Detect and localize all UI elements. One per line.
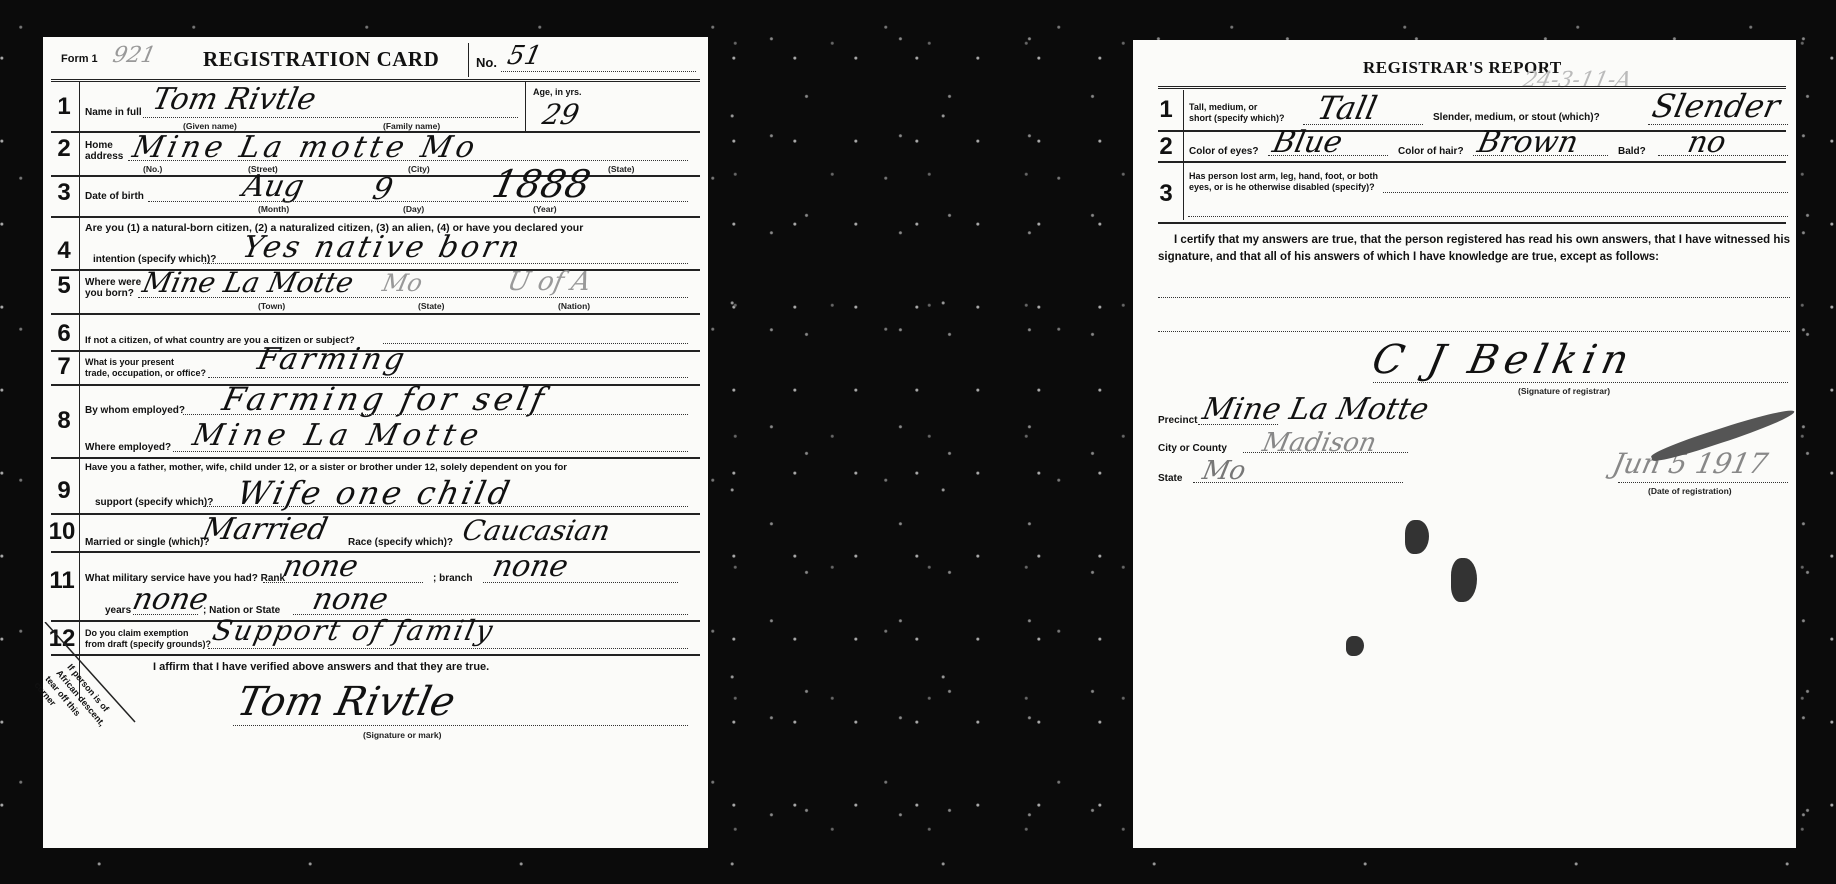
card-title: REGISTRATION CARD: [203, 47, 439, 72]
ink-blot: [1451, 558, 1477, 602]
age-value: 29: [540, 101, 582, 129]
exemption-value: Support of family: [210, 617, 497, 645]
number-divider: [468, 43, 469, 77]
employment-place-value: Mine La Motte: [190, 421, 486, 451]
height-value: Tall: [1315, 92, 1380, 124]
eye-color-value: Blue: [1270, 128, 1345, 158]
registration-date-caption: (Date of registration): [1648, 486, 1732, 496]
citizenship-value: Yes native born: [240, 233, 525, 263]
registrar-caption: (Signature of registrar): [1518, 386, 1610, 396]
number-label: No.: [476, 55, 497, 70]
number-value: 51: [505, 43, 544, 69]
precinct-value: Mine La Motte: [1200, 395, 1431, 425]
ink-blot: [1405, 520, 1429, 554]
registration-card: Form 1 921 REGISTRATION CARD No. 51 1 Na…: [43, 37, 708, 848]
marital-status-value: Married: [200, 515, 330, 545]
hair-color-value: Brown: [1475, 128, 1581, 158]
birth-month-value: Aug: [240, 172, 307, 202]
ink-blot: [1346, 636, 1364, 656]
birthplace-town-value: Mine La Motte: [140, 269, 356, 297]
military-years-value: none: [130, 585, 211, 615]
registrar-signature: C J Belkin: [1369, 340, 1638, 380]
birth-year-value: 1888: [489, 165, 594, 203]
age-label: Age, in yrs.: [533, 87, 582, 98]
military-rank-value: none: [280, 552, 361, 582]
birthplace-state-value: Mo: [380, 271, 424, 295]
military-nation-value: none: [310, 585, 391, 615]
state-label: State: [1158, 473, 1182, 484]
bald-value: no: [1685, 128, 1729, 158]
employer-value: Farming for self: [220, 383, 551, 415]
home-address-value: Mine La motte Mo: [130, 133, 481, 163]
signature-caption: (Signature or mark): [363, 730, 441, 740]
affirmation-text: I affirm that I have verified above answ…: [153, 662, 489, 673]
occupation-value: Farming: [255, 345, 410, 375]
certification-text: I certify that my answers are true, that…: [1158, 232, 1790, 266]
county-label: City or County: [1158, 443, 1227, 454]
form-label: Form 1: [61, 53, 98, 65]
registration-date-value: Jun 5 1917: [1610, 450, 1770, 478]
build-value: Slender: [1650, 90, 1783, 122]
registrars-report-card: REGISTRAR'S REPORT 24-3-11-A 1 Tall, med…: [1133, 40, 1796, 848]
birthplace-nation-value: U of A: [505, 269, 593, 295]
military-branch-value: none: [490, 552, 571, 582]
dependents-value: Wife one child: [235, 477, 516, 509]
state-value: Mo: [1200, 458, 1248, 484]
name-value: Tom Rivtle: [150, 85, 319, 115]
precinct-label: Precinct: [1158, 415, 1197, 426]
row-number-column: [79, 81, 80, 701]
race-value: Caucasian: [460, 517, 613, 545]
registrant-signature: Tom Rivtle: [234, 682, 459, 722]
pencil-number: 921: [111, 45, 158, 67]
